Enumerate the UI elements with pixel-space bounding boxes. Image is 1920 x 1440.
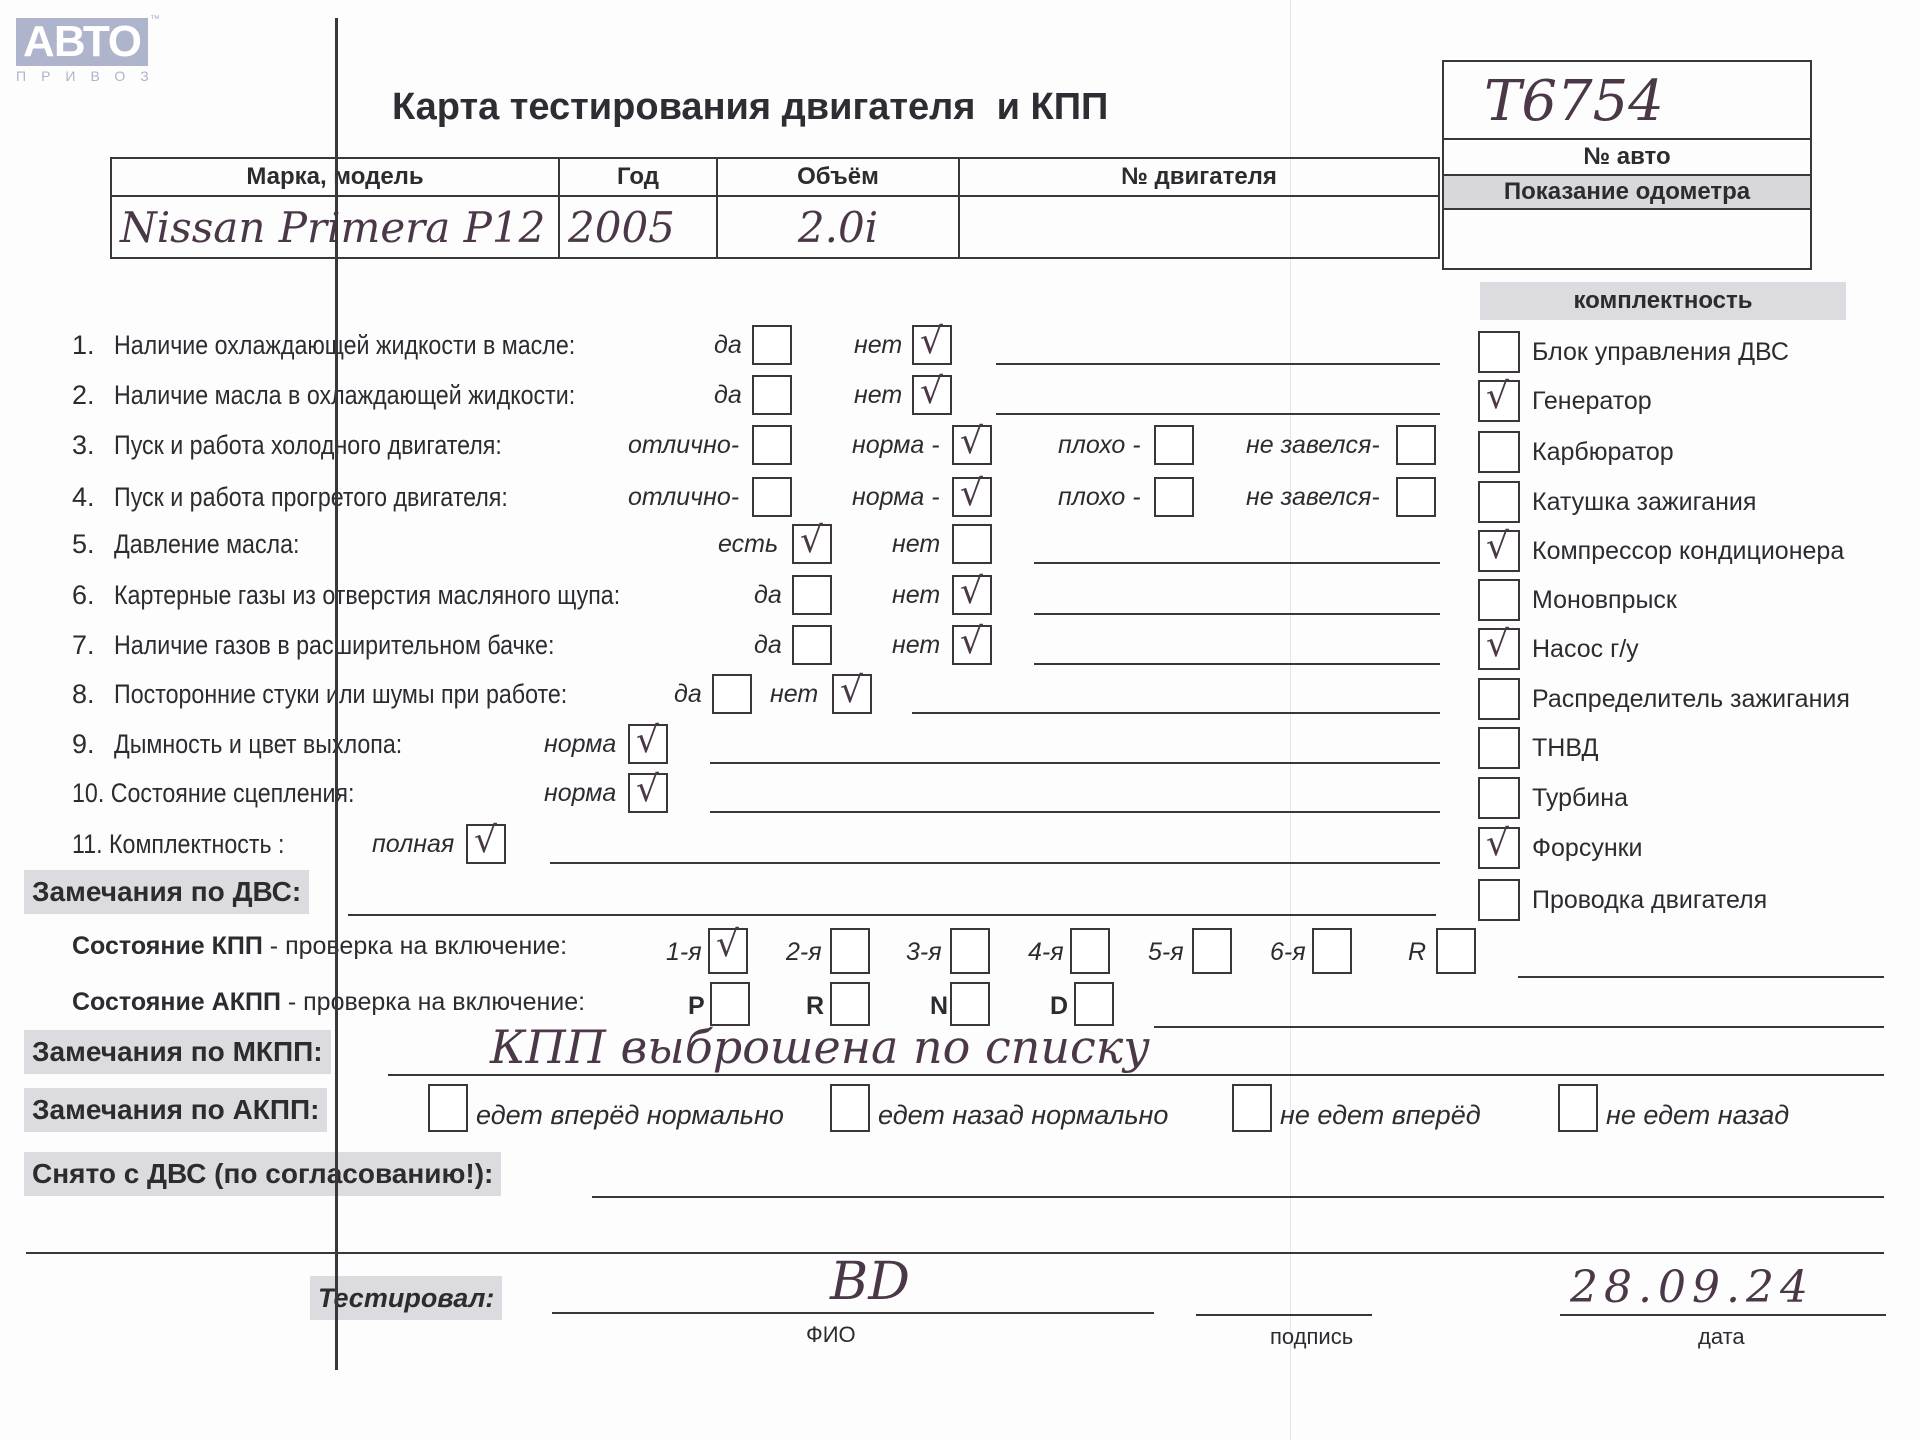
question-text: 10. Состояние сцепления:: [72, 773, 354, 813]
option-checkbox[interactable]: [752, 375, 792, 415]
option-checkbox[interactable]: [712, 674, 752, 714]
question-number: 9.: [72, 724, 95, 764]
option-checkbox[interactable]: [752, 325, 792, 365]
gear-checkbox[interactable]: [1436, 928, 1476, 974]
year-label: Год: [560, 159, 716, 197]
komplektnost-label: Проводка двигателя: [1532, 879, 1767, 921]
komplektnost-label: Моновпрыск: [1532, 579, 1677, 621]
gear-checkbox[interactable]: [1312, 928, 1352, 974]
question-row: 10.10. Состояние сцепления:: [72, 773, 1452, 813]
option-checkbox[interactable]: [1154, 425, 1194, 465]
option-label: нет: [892, 581, 940, 610]
komplektnost-label: Насос г/у: [1532, 628, 1639, 670]
akpp-state-bold: Состояние АКПП: [72, 988, 281, 1016]
removed-label: Снято с ДВС (по согласованию!):: [24, 1152, 501, 1196]
fio-caption: ФИО: [806, 1322, 856, 1348]
option-label: плохо -: [1058, 483, 1141, 512]
question-notes-line[interactable]: [996, 413, 1440, 415]
volume-cell: Объём 2.0i: [716, 159, 958, 257]
akpp-mode-checkbox[interactable]: [710, 982, 750, 1026]
gear-checkbox[interactable]: [1192, 928, 1232, 974]
akpp-mode-checkbox[interactable]: [1074, 982, 1114, 1026]
option-label: норма -: [852, 483, 940, 512]
komplektnost-checkbox[interactable]: [1478, 579, 1520, 621]
komplektnost-checkbox[interactable]: [1478, 777, 1520, 819]
question-text: Картерные газы из отверстия масляного щу…: [114, 575, 620, 615]
option-label: норма: [544, 779, 616, 808]
akpp-remark-label: едет вперёд нормально: [476, 1100, 784, 1131]
option-label: да: [714, 381, 742, 410]
gear-label: 2-я: [786, 938, 822, 967]
akpp-remark-label: едет назад нормально: [878, 1100, 1168, 1131]
option-label: да: [754, 581, 782, 610]
akpp-remark-checkbox[interactable]: [428, 1084, 468, 1132]
komplektnost-checkbox[interactable]: [1478, 678, 1520, 720]
logo-trademark: ™: [150, 14, 160, 25]
option-checkbox[interactable]: [952, 524, 992, 564]
gear-checkbox[interactable]: [708, 928, 748, 974]
date-caption: дата: [1698, 1324, 1745, 1350]
komplektnost-label: Блок управления ДВС: [1532, 331, 1789, 373]
komplektnost-checkbox[interactable]: [1478, 431, 1520, 473]
question-text: Давление масла:: [114, 524, 299, 564]
akpp-mode-checkbox[interactable]: [950, 982, 990, 1026]
question-text: Пуск и работа прогретого двигателя:: [114, 477, 508, 517]
option-checkbox[interactable]: [628, 724, 668, 764]
remarks-mkpp-value[interactable]: КПП выброшена по списку: [490, 1020, 1150, 1074]
option-label: нет: [892, 530, 940, 559]
remarks-mkpp-label: Замечания по МКПП:: [24, 1030, 331, 1074]
gear-checkbox[interactable]: [950, 928, 990, 974]
gear-label: 1-я: [666, 938, 702, 967]
option-checkbox[interactable]: [792, 524, 832, 564]
option-checkbox[interactable]: [466, 824, 506, 864]
question-row: 8.Посторонние стуки или шумы при работе:: [72, 674, 1452, 714]
option-checkbox[interactable]: [952, 425, 992, 465]
option-label: не завелся-: [1246, 483, 1380, 512]
option-checkbox[interactable]: [1396, 477, 1436, 517]
question-number: 2.: [72, 375, 95, 415]
komplektnost-header: комплектность: [1480, 282, 1846, 320]
option-checkbox[interactable]: [792, 575, 832, 615]
option-checkbox[interactable]: [752, 425, 792, 465]
option-checkbox[interactable]: [952, 477, 992, 517]
question-notes-line[interactable]: [710, 762, 1440, 764]
akpp-remark-checkbox[interactable]: [1558, 1084, 1598, 1132]
question-notes-line[interactable]: [550, 862, 1440, 864]
komplektnost-checkbox[interactable]: [1478, 827, 1520, 869]
option-checkbox[interactable]: [792, 625, 832, 665]
removed-line[interactable]: [592, 1196, 1884, 1198]
komplektnost-checkbox[interactable]: [1478, 530, 1520, 572]
komplektnost-label: Карбюратор: [1532, 431, 1674, 473]
akpp-mode-label: D: [1050, 992, 1068, 1021]
tested-by-label: Тестировал:: [310, 1276, 502, 1320]
question-text: Наличие охлаждающей жидкости в масле:: [114, 325, 575, 365]
option-label: плохо -: [1058, 431, 1141, 460]
signature-line[interactable]: [1196, 1314, 1372, 1316]
akpp-mode-label: P: [688, 992, 705, 1021]
komplektnost-label: Генератор: [1532, 380, 1652, 422]
gear-label: R: [1408, 938, 1426, 967]
option-label: да: [674, 680, 702, 709]
akpp-state-rest: - проверка на включение:: [281, 988, 585, 1016]
separator-line: [26, 1252, 1884, 1254]
question-number: 5.: [72, 524, 95, 564]
option-checkbox[interactable]: [1154, 477, 1194, 517]
akpp-remark-checkbox[interactable]: [830, 1084, 870, 1132]
option-checkbox[interactable]: [912, 375, 952, 415]
komplektnost-label: Компрессор кондиционера: [1532, 530, 1844, 572]
option-label: есть: [718, 530, 778, 559]
odometer-value[interactable]: [1444, 210, 1810, 268]
option-label: норма -: [852, 431, 940, 460]
option-label: норма: [544, 730, 616, 759]
logo: АВТО: [16, 18, 148, 66]
remarks-dvs-label: Замечания по ДВС:: [24, 870, 309, 914]
option-label: нет: [770, 680, 818, 709]
option-label: да: [754, 631, 782, 660]
akpp-remarks-line[interactable]: [1154, 1026, 1884, 1028]
option-label: нет: [854, 331, 902, 360]
gear-label: 4-я: [1028, 938, 1064, 967]
engine-number-value[interactable]: [960, 197, 1438, 257]
question-text: Наличие масла в охлаждающей жидкости:: [114, 375, 575, 415]
vehicle-info-table: Марка, модель Nissan Primera P12 Год 200…: [110, 157, 1440, 259]
komplektnost-checkbox[interactable]: [1478, 727, 1520, 769]
option-label: не завелся-: [1246, 431, 1380, 460]
option-checkbox[interactable]: [832, 674, 872, 714]
option-label: полная: [372, 830, 454, 859]
gear-checkbox[interactable]: [1070, 928, 1110, 974]
komplektnost-label: ТНВД: [1532, 727, 1598, 769]
volume-label: Объём: [718, 159, 958, 197]
option-checkbox[interactable]: [952, 625, 992, 665]
year-cell: Год 2005: [558, 159, 716, 257]
year-value[interactable]: 2005: [560, 197, 716, 257]
gear-label: 3-я: [906, 938, 942, 967]
question-notes-line[interactable]: [1034, 613, 1440, 615]
question-number: 1.: [72, 325, 95, 365]
gear-label: 5-я: [1148, 938, 1184, 967]
car-number-box: T6754 № авто Показание одометра: [1442, 60, 1812, 270]
komplektnost-label: Распределитель зажигания: [1532, 678, 1850, 720]
signature-caption: подпись: [1270, 1324, 1353, 1350]
question-notes-line[interactable]: [1034, 562, 1440, 564]
option-label: отлично-: [628, 483, 739, 512]
akpp-mode-label: N: [930, 992, 948, 1021]
volume-value[interactable]: 2.0i: [718, 197, 958, 257]
option-checkbox[interactable]: [1396, 425, 1436, 465]
komplektnost-label: Турбина: [1532, 777, 1628, 819]
akpp-remark-label: не едет назад: [1606, 1100, 1789, 1131]
engine-number-label: № двигателя: [960, 159, 1438, 197]
question-row: 11.11. Комплектность :: [72, 824, 1452, 864]
scan-vertical-line: [335, 18, 338, 1370]
akpp-mode-label: R: [806, 992, 824, 1021]
option-label: нет: [854, 381, 902, 410]
question-number: 6.: [72, 575, 95, 615]
komplektnost-checkbox[interactable]: [1478, 879, 1520, 921]
komplektnost-checkbox[interactable]: [1478, 628, 1520, 670]
remarks-akpp-label: Замечания по АКПП:: [24, 1088, 327, 1132]
engine-number-cell: № двигателя: [958, 159, 1438, 257]
car-number-value[interactable]: T6754: [1444, 62, 1810, 140]
kpp-state-bold: Состояние КПП: [72, 932, 263, 960]
page-title: Карта тестирования двигателя и КПП: [392, 86, 1108, 129]
gear-label: 6-я: [1270, 938, 1306, 967]
remarks-dvs-line[interactable]: [348, 914, 1436, 916]
question-notes-line[interactable]: [710, 811, 1440, 813]
kpp-remarks-line[interactable]: [1518, 976, 1884, 978]
option-label: нет: [892, 631, 940, 660]
option-checkbox[interactable]: [628, 773, 668, 813]
question-notes-line[interactable]: [1034, 663, 1440, 665]
komplektnost-label: Катушка зажигания: [1532, 481, 1756, 523]
akpp-remark-label: не едет вперёд: [1280, 1100, 1481, 1131]
remarks-mkpp-line: [388, 1074, 1884, 1076]
option-checkbox[interactable]: [952, 575, 992, 615]
fio-value[interactable]: BD: [830, 1252, 910, 1312]
kpp-state-rest: - проверка на включение:: [263, 932, 567, 960]
komplektnost-label: Форсунки: [1532, 827, 1643, 869]
akpp-mode-checkbox[interactable]: [830, 982, 870, 1026]
komplektnost-checkbox[interactable]: [1478, 481, 1520, 523]
logo-subtitle: ПРИВОЗ: [16, 68, 150, 84]
option-checkbox[interactable]: [752, 477, 792, 517]
date-value[interactable]: 28.09.24: [1570, 1262, 1814, 1313]
akpp-remark-checkbox[interactable]: [1232, 1084, 1272, 1132]
date-line: [1560, 1314, 1886, 1316]
option-checkbox[interactable]: [912, 325, 952, 365]
question-text: Пуск и работа холодного двигателя:: [114, 425, 502, 465]
question-text: Дымность и цвет выхлопа:: [114, 724, 402, 764]
question-number: 4.: [72, 477, 95, 517]
fio-line: [552, 1312, 1154, 1314]
question-text: Посторонние стуки или шумы при работе:: [114, 674, 567, 714]
gear-checkbox[interactable]: [830, 928, 870, 974]
question-row: 9.Дымность и цвет выхлопа:: [72, 724, 1452, 764]
question-text: 11. Комплектность :: [72, 824, 284, 864]
question-number: 8.: [72, 674, 95, 714]
question-number: 3.: [72, 425, 95, 465]
option-label: да: [714, 331, 742, 360]
car-number-label: № авто: [1444, 140, 1810, 176]
option-label: отлично-: [628, 431, 739, 460]
komplektnost-checkbox[interactable]: [1478, 380, 1520, 422]
kpp-state-label: Состояние КПП - проверка на включение:: [72, 932, 567, 961]
question-notes-line[interactable]: [996, 363, 1440, 365]
question-notes-line[interactable]: [912, 712, 1440, 714]
komplektnost-checkbox[interactable]: [1478, 331, 1520, 373]
question-number: 7.: [72, 625, 95, 665]
odometer-label: Показание одометра: [1444, 176, 1810, 210]
akpp-state-label: Состояние АКПП - проверка на включение:: [72, 988, 585, 1017]
